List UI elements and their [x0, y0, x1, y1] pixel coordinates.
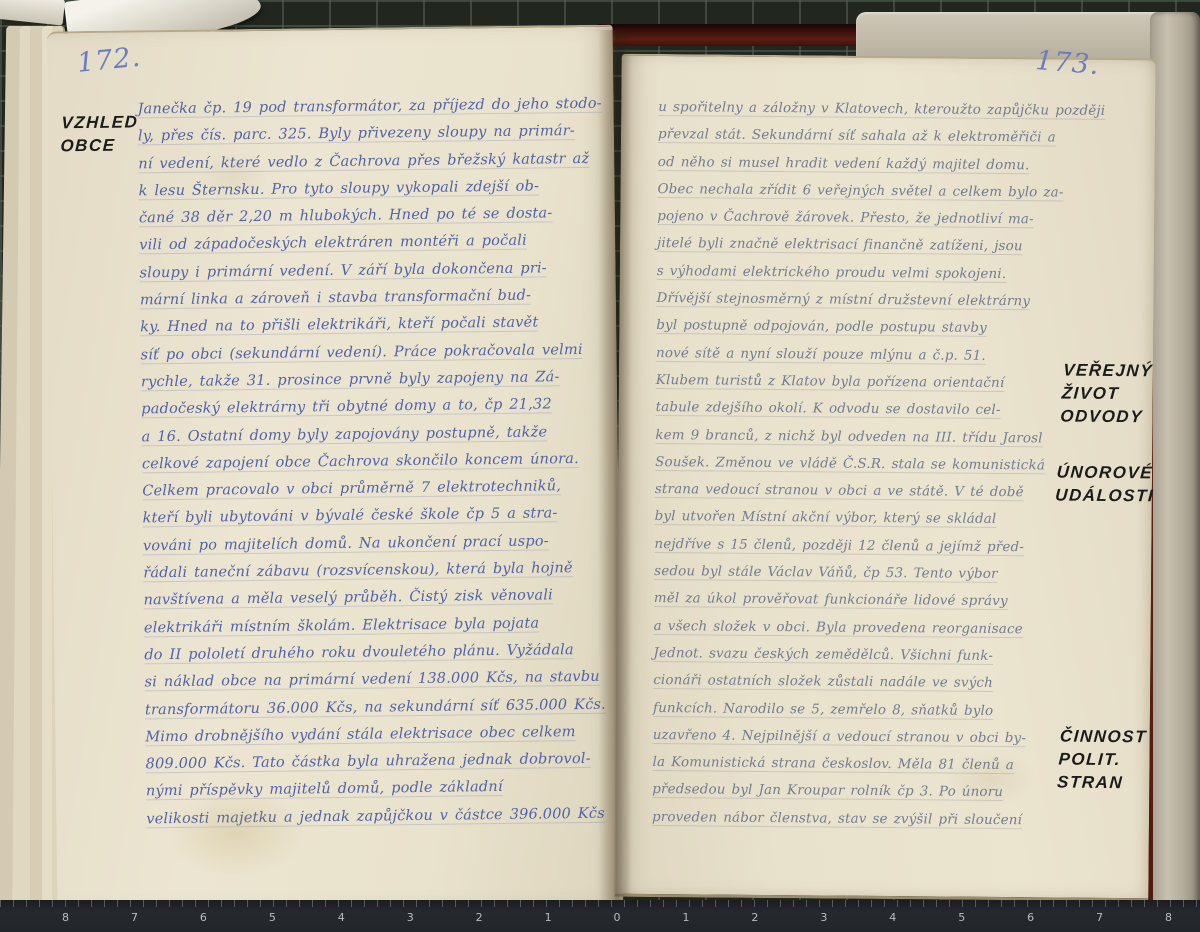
- handwritten-line: u spořitelny a záložny v Klatovech, kter…: [658, 94, 1138, 125]
- ruler-number: 7: [131, 911, 138, 924]
- margin-heading-line: POLIT.: [1058, 748, 1146, 772]
- handwritten-line: proveden nábor členstva, stav se zvýšil …: [652, 804, 1132, 835]
- ruler-number: 5: [269, 911, 276, 924]
- ruler-number: 0: [614, 911, 621, 924]
- ruler-number: 4: [338, 911, 345, 924]
- ruler-number: 1: [682, 911, 689, 924]
- margin-heading-vzhled-obce: VZHLED OBCE: [60, 110, 139, 157]
- margin-heading-line: ČINNOST: [1059, 725, 1147, 749]
- margin-heading-line: VZHLED: [61, 110, 139, 134]
- chronicle-photograph: 172. VZHLED OBCE Janečka čp. 19 pod tran…: [0, 0, 1200, 932]
- ruler-number: 5: [958, 911, 965, 924]
- handwritten-line: od něho si musel hradit vedení každý maj…: [658, 149, 1138, 180]
- handwritten-line: cionáři ostatních složek zůstali nadále …: [653, 667, 1133, 698]
- photo-scale-ruler: 87654321012345678: [0, 900, 1200, 932]
- handwritten-line: pojeno v Čachrově žárovek. Přesto, že je…: [657, 203, 1137, 234]
- margin-heading-cinnost-polit-stran: ČINNOST POLIT. STRAN: [1056, 725, 1147, 795]
- ruler-number: 8: [1165, 911, 1172, 924]
- handwritten-line: navštívena a měla veselý průběh. Čistý z…: [143, 582, 613, 615]
- ruler-number: 3: [820, 911, 827, 924]
- margin-heading-line: ODVODY: [1060, 405, 1151, 429]
- margin-heading-line: STRAN: [1056, 771, 1144, 795]
- handwritten-text-left: Janečka čp. 19 pod transformátor, za pří…: [137, 91, 616, 834]
- margin-heading-line: ŽIVOT: [1061, 382, 1152, 406]
- handwritten-line: nejdříve s 15 členů, později 12 členů a …: [654, 531, 1134, 562]
- handwritten-line: sloupy i primární vedení. V září byla do…: [139, 254, 609, 287]
- book-gutter-shadow: [598, 30, 632, 902]
- margin-heading-line: VEŘEJNÝ: [1062, 359, 1153, 383]
- handwritten-line: velikosti majetku a jednak zapůjčkou v č…: [146, 800, 616, 833]
- ruler-number: 2: [751, 911, 758, 924]
- handwritten-line: a všech složek v obci. Byla provedena re…: [654, 613, 1134, 644]
- ruler-number: 8: [62, 911, 69, 924]
- handwritten-line: Jednot. svazu českých zemědělců. Všichni…: [653, 640, 1133, 671]
- ruler-numbers: 87654321012345678: [62, 911, 1172, 924]
- handwritten-line: funkcích. Narodilo se 5, zemřelo 8, sňat…: [653, 695, 1133, 726]
- book-cover-right-board: [1150, 12, 1200, 924]
- ruler-number: 3: [407, 911, 414, 924]
- handwritten-line: sedou byl stále Václav Váňů, čp 53. Tent…: [654, 558, 1134, 589]
- ruler-number: 6: [200, 911, 207, 924]
- handwritten-line: byl utvořen Místní akční výbor, který se…: [655, 503, 1135, 534]
- margin-heading-line: ÚNOROVÉ: [1056, 461, 1156, 485]
- ruler-number: 1: [545, 911, 552, 924]
- handwritten-line: jitelé byli značně elektrisací finančně …: [657, 230, 1137, 261]
- handwritten-line: s výhodami elektrického proudu velmi spo…: [657, 258, 1137, 289]
- handwritten-line: převzal stát. Sekundární síť sahala až k…: [658, 121, 1138, 152]
- page-number-left: 172.: [76, 42, 143, 79]
- margin-heading-line: UDÁLOSTI: [1055, 483, 1155, 507]
- margin-heading-unorove-udalosti: ÚNOROVÉ UDÁLOSTI: [1055, 461, 1157, 508]
- ruler-number: 2: [476, 911, 483, 924]
- ruler-number: 4: [889, 911, 896, 924]
- ruler-number: 7: [1096, 911, 1103, 924]
- tissue-paper-sliver: [0, 0, 65, 26]
- left-page: 172. VZHLED OBCE Janečka čp. 19 pod tran…: [47, 25, 624, 913]
- handwritten-line: Obec nechala zřídit 6 veřejných světel a…: [657, 176, 1137, 207]
- margin-heading-verejny-zivot-odvody: VEŘEJNÝ ŽIVOT ODVODY: [1060, 359, 1154, 429]
- handwritten-line: Dřívější stejnosměrný z místní družstevn…: [656, 285, 1136, 316]
- handwritten-line: měl za úkol prověřovat funkcionáře lidov…: [654, 585, 1134, 616]
- right-page: 173. u spořitelny a záložny v Klatovech,…: [614, 54, 1155, 902]
- margin-heading-line: OBCE: [60, 133, 138, 157]
- ruler-number: 6: [1027, 911, 1034, 924]
- handwritten-line: byl postupně odpojován, podle postupu st…: [656, 312, 1136, 343]
- page-number-right: 173.: [1034, 45, 1100, 81]
